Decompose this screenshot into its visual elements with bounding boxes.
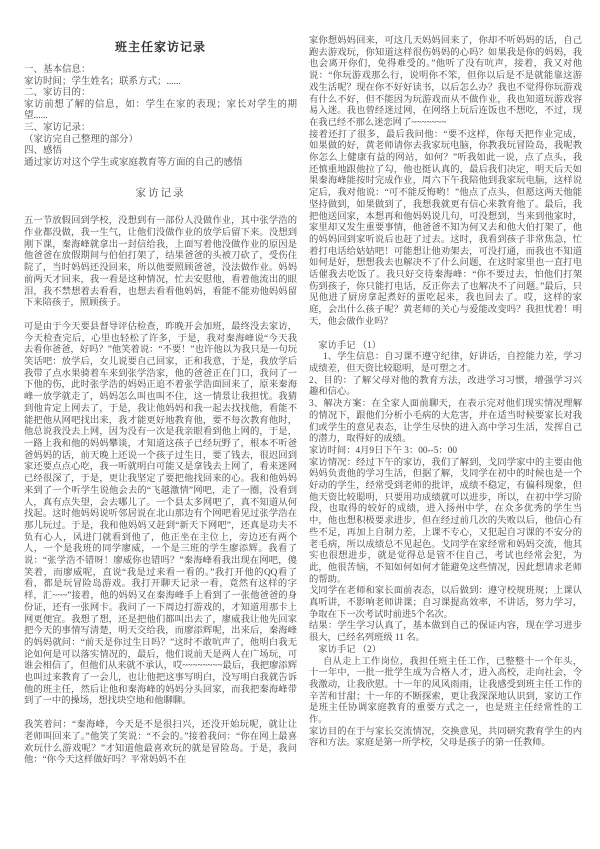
notes-1-student-pledge: 戈同学在老师和家长面前表态，以后做到：遵守校规班规；上课认真听讲，不影响老师讲课…	[309, 586, 582, 621]
visit-record-paragraph-3-continued: 家你想妈妈回来，可这几天妈妈回来了，你却不听妈妈的话，自己跑去游戏玩，你知道这样…	[309, 36, 582, 130]
notes-2-title: 家访手记 （2）	[309, 645, 582, 657]
outline-line-reflection: 四、感悟	[24, 146, 297, 158]
notes-1-purpose: 2、目的：了解父母对他的教育方法，改进学习习惯，增强学习兴趣和信心。	[309, 376, 582, 399]
notes-1-visit-situation: 家访情况：经过下午的家访，我们了解到，戈同学家中的主要由他妈妈负责他的学习生活，…	[309, 458, 582, 587]
outline-line-record-note: （家访完自己整理的部分）	[24, 135, 297, 147]
outline-line-visit-fields: 家访时间；学生姓名；联系方式；......	[24, 77, 297, 89]
visit-record-paragraph-3: 我笑着问：“秦海峰，今天是不是很扫兴，还没开始玩呢，就让让老师叫回来了。”他笑了…	[24, 720, 297, 767]
visit-record-paragraph-2: 可是由于今天要县督导评估检查，昨晚开会加班，最终没去家访，今天检查完后，心里也轻…	[24, 322, 297, 708]
visit-record-paragraph-1: 五一节放假回到学校，没想到有一部份人没做作业，其中张学浩的作业都没做，我一生气，…	[24, 216, 297, 310]
left-column: 班主任家访记录 一、基本信息： 家访时间；学生姓名；联系方式；...... 二、…	[24, 36, 297, 839]
notes-2-body: 自从走上工作岗位，我担任班主任工作，已整整十一个年头，十一年中，一批一批学生成为…	[309, 657, 582, 727]
outline-line-purpose: 二、家访目的：	[24, 88, 297, 100]
outline-line-purpose-detail: 家访前想了解的信息，如：学生在家的表现；家长对学生的期望......	[24, 100, 297, 123]
outline-line-basic-info: 一、基本信息：	[24, 65, 297, 77]
notes-1-title: 家访手记 （1）	[309, 341, 582, 353]
right-column: 家你想妈妈回来，可这几天妈妈回来了，你却不听妈妈的话，自己跑去游戏玩，你知道这样…	[309, 36, 582, 839]
notes-1-student-info: 1、学生信息：自习课不遵守纪律，好讲话，自控能力差，学习成绩差，但天资比较聪明，…	[309, 352, 582, 375]
notes-1-solution: 3、解决方案：在全家人面前聊天，在表示完对他们现实情况理解的情况下，跟他们分析小…	[309, 399, 582, 446]
outline-line-record: 三、家访记录：	[24, 123, 297, 135]
section-heading: 家访记录	[24, 185, 297, 200]
outline-section: 一、基本信息： 家访时间；学生姓名；联系方式；...... 二、家访目的： 家访…	[24, 65, 297, 169]
notes-1-visit-time: 家访时间：4月9日下午 3：00--5：00	[309, 446, 582, 458]
notes-2-purpose: 家访目的在于与家长交流情况，交换意见，共同研究教育学生的内容和方法。家庭是第一所…	[309, 727, 582, 750]
notes-1-result: 结果：学生学习认真了，基本做到自己的保证内容，现在学习进步很大，已经名列班级 1…	[309, 621, 582, 644]
outline-line-reflection-detail: 通过家访对这个学生或家庭教育等方面的自己的感悟	[24, 158, 297, 170]
doc-title: 班主任家访记录	[24, 38, 297, 55]
visit-record-paragraph-4: 接着还打了很多，最后我问他：“要不这样，你每天把作业完成，如果做的好，黄老师请你…	[309, 130, 582, 329]
document-page: 班主任家访记录 一、基本信息： 家访时间；学生姓名；联系方式；...... 二、…	[0, 0, 600, 849]
